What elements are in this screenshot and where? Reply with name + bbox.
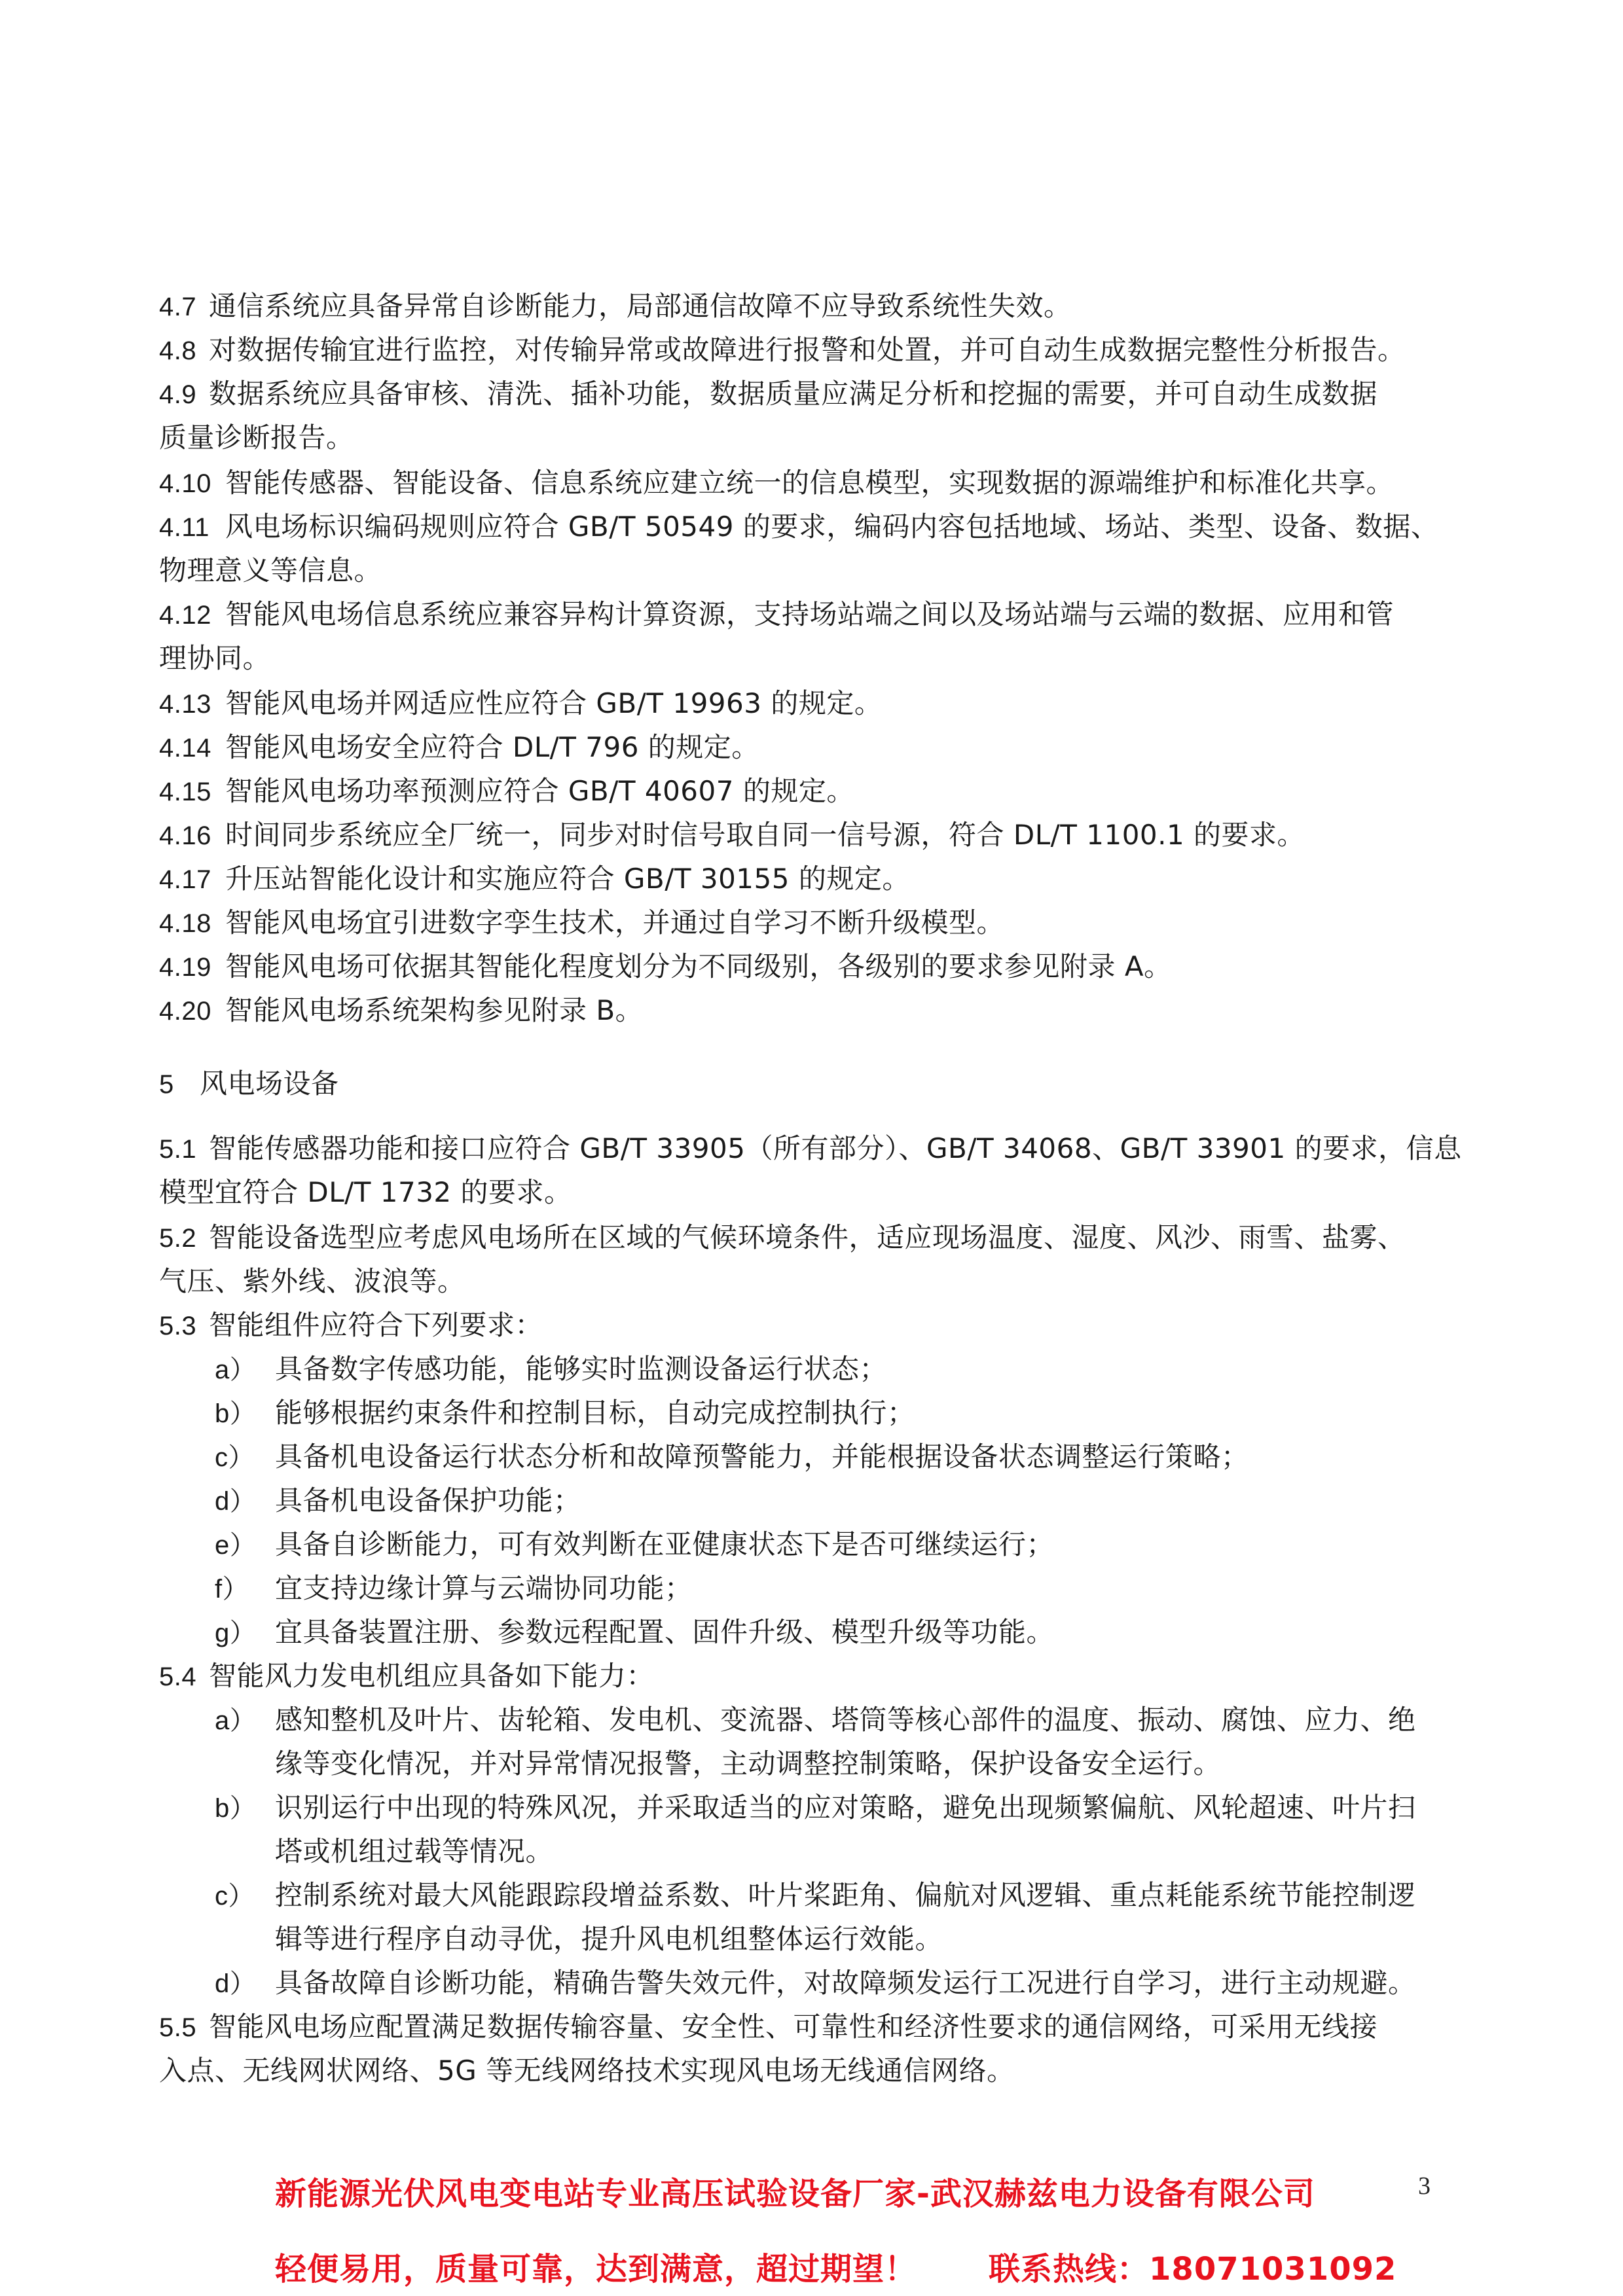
clause-5-5: 5.5智能风电场应配置满足数据传输容量、安全性、可靠性和经济性要求的通信网络，可… — [159, 2011, 1377, 2044]
clause-text: 对数据传输宜进行监控，对传输异常或故障进行报警和处置，并可自动生成数据完整性分析… — [209, 334, 1406, 366]
clause-5-1: 5.1智能传感器功能和接口应符合 GB/T 33905（所有部分）、GB/T 3… — [159, 1132, 1462, 1166]
clause-number: 4.17 — [159, 863, 225, 896]
clause-text: 智能风电场系统架构参见附录 B。 — [225, 994, 643, 1026]
list-label: d） — [215, 1967, 275, 2000]
list-item-5-3-c: c）具备机电设备运行状态分析和故障预警能力，并能根据设备状态调整运行策略； — [215, 1441, 1249, 1474]
list-text: 具备数字传感功能，能够实时监测设备运行状态； — [275, 1353, 887, 1385]
clause-text: 智能传感器、智能设备、信息系统应建立统一的信息模型，实现数据的源端维护和标准化共… — [225, 467, 1394, 499]
page-number: 3 — [1418, 2172, 1431, 2200]
clause-number: 4.8 — [159, 334, 209, 367]
clause-number: 4.12 — [159, 599, 225, 632]
clause-text: 智能风电场应配置满足数据传输容量、安全性、可靠性和经济性要求的通信网络，可采用无… — [209, 2011, 1377, 2043]
clause-text: 智能传感器功能和接口应符合 GB/T 33905（所有部分）、GB/T 3406… — [209, 1132, 1462, 1164]
clause-5-2-cont: 气压、紫外线、波浪等。 — [159, 1265, 465, 1298]
footer-slogan: 轻便易用，质量可靠，达到满意，超过期望！ — [275, 2251, 917, 2287]
clause-4-12-cont: 理协同。 — [159, 642, 270, 675]
clause-text: 升压站智能化设计和实施应符合 GB/T 30155 的规定。 — [225, 863, 910, 895]
list-text: 宜支持边缘计算与云端协同功能； — [275, 1572, 693, 1604]
clause-4-13: 4.13智能风电场并网适应性应符合 GB/T 19963 的规定。 — [159, 687, 882, 721]
clause-5-3: 5.3智能组件应符合下列要求： — [159, 1309, 543, 1342]
list-label: g） — [215, 1617, 275, 1649]
clause-text: 智能风电场宜引进数字孪生技术，并通过自学习不断升级模型。 — [225, 906, 1004, 939]
list-item-5-4-c: c）控制系统对最大风能跟踪段增益系数、叶片桨距角、偏航对风逻辑、重点耗能系统节能… — [215, 1879, 1416, 1912]
clause-4-16: 4.16时间同步系统应全厂统一，同步对时信号取自同一信号源，符合 DL/T 11… — [159, 819, 1305, 852]
clause-text: 智能设备选型应考虑风电场所在区域的气候环境条件，适应现场温度、湿度、风沙、雨雪、… — [209, 1221, 1406, 1253]
list-label: b） — [215, 1397, 275, 1430]
clause-text: 时间同步系统应全厂统一，同步对时信号取自同一信号源，符合 DL/T 1100.1… — [225, 819, 1305, 851]
clause-number: 4.11 — [159, 511, 225, 544]
list-label: c） — [215, 1880, 275, 1912]
list-text: 具备机电设备运行状态分析和故障预警能力，并能根据设备状态调整运行策略； — [275, 1441, 1249, 1473]
list-label: c） — [215, 1441, 275, 1474]
list-item-5-3-g: g）宜具备装置注册、参数远程配置、固件升级、模型升级等功能。 — [215, 1616, 1054, 1649]
list-text: 控制系统对最大风能跟踪段增益系数、叶片桨距角、偏航对风逻辑、重点耗能系统节能控制… — [275, 1879, 1416, 1911]
list-label: a） — [215, 1704, 275, 1737]
clause-4-9: 4.9数据系统应具备审核、清洗、插补功能，数据质量应满足分析和挖掘的需要，并可自… — [159, 378, 1377, 411]
list-text: 能够根据约束条件和控制目标，自动完成控制执行； — [275, 1397, 915, 1429]
clause-number: 5.1 — [159, 1133, 209, 1166]
clause-4-8: 4.8对数据传输宜进行监控，对传输异常或故障进行报警和处置，并可自动生成数据完整… — [159, 334, 1406, 367]
clause-text: 风电场标识编码规则应符合 GB/T 50549 的要求，编码内容包括地域、场站、… — [225, 511, 1438, 543]
clause-number: 4.20 — [159, 995, 225, 1028]
clause-text: 智能风力发电机组应具备如下能力： — [209, 1660, 654, 1692]
footer-company-line: 新能源光伏风电变电站专业高压试验设备厂家-武汉赫兹电力设备有限公司 — [275, 2174, 1315, 2214]
clause-number: 4.16 — [159, 819, 225, 852]
clause-number: 5.2 — [159, 1222, 209, 1255]
list-item-5-3-d: d）具备机电设备保护功能； — [215, 1484, 581, 1518]
list-item-5-4-a-cont: 缘等变化情况，并对异常情况报警，主动调整控制策略，保护设备安全运行。 — [275, 1748, 1221, 1780]
clause-4-10: 4.10智能传感器、智能设备、信息系统应建立统一的信息模型，实现数据的源端维护和… — [159, 467, 1394, 500]
list-text: 宜具备装置注册、参数远程配置、固件升级、模型升级等功能。 — [275, 1616, 1054, 1648]
clause-text: 智能风电场并网适应性应符合 GB/T 19963 的规定。 — [225, 687, 882, 719]
clause-number: 5.5 — [159, 2011, 209, 2044]
clause-text: 智能风电场功率预测应符合 GB/T 40607 的规定。 — [225, 775, 854, 807]
list-item-5-3-b: b）能够根据约束条件和控制目标，自动完成控制执行； — [215, 1397, 915, 1430]
clause-4-12: 4.12智能风电场信息系统应兼容异构计算资源，支持场站端之间以及场站端与云端的数… — [159, 598, 1394, 632]
clause-4-9-cont: 质量诊断报告。 — [159, 422, 354, 454]
clause-text: 通信系统应具备异常自诊断能力，局部通信故障不应导致系统性失效。 — [209, 290, 1072, 322]
list-label: e） — [215, 1529, 275, 1562]
list-text: 感知整机及叶片、齿轮箱、发电机、变流器、塔筒等核心部件的温度、振动、腐蚀、应力、… — [275, 1704, 1416, 1736]
list-label: a） — [215, 1354, 275, 1386]
clause-number: 4.9 — [159, 378, 209, 411]
list-text: 具备机电设备保护功能； — [275, 1484, 581, 1516]
clause-4-19: 4.19智能风电场可依据其智能化程度划分为不同级别，各级别的要求参见附录 A。 — [159, 950, 1172, 984]
clause-5-2: 5.2智能设备选型应考虑风电场所在区域的气候环境条件，适应现场温度、湿度、风沙、… — [159, 1221, 1406, 1255]
clause-4-18: 4.18智能风电场宜引进数字孪生技术，并通过自学习不断升级模型。 — [159, 906, 1004, 940]
clause-4-7: 4.7通信系统应具备异常自诊断能力，局部通信故障不应导致系统性失效。 — [159, 290, 1072, 323]
list-item-5-4-b-cont: 塔或机组过载等情况。 — [275, 1835, 553, 1868]
clause-number: 5.3 — [159, 1310, 209, 1342]
clause-5-1-cont: 模型宜符合 DL/T 1732 的要求。 — [159, 1176, 572, 1209]
clause-number: 4.14 — [159, 732, 225, 764]
list-item-5-3-e: e）具备自诊断能力，可有效判断在亚健康状态下是否可继续运行； — [215, 1528, 1054, 1562]
clause-number: 4.7 — [159, 291, 209, 323]
list-text: 具备自诊断能力，可有效判断在亚健康状态下是否可继续运行； — [275, 1528, 1054, 1560]
clause-text: 智能组件应符合下列要求： — [209, 1309, 543, 1341]
list-item-5-4-a: a）感知整机及叶片、齿轮箱、发电机、变流器、塔筒等核心部件的温度、振动、腐蚀、应… — [215, 1704, 1416, 1737]
clause-text: 数据系统应具备审核、清洗、插补功能，数据质量应满足分析和挖掘的需要，并可自动生成… — [209, 378, 1377, 410]
clause-4-15: 4.15智能风电场功率预测应符合 GB/T 40607 的规定。 — [159, 775, 854, 808]
list-label: b） — [215, 1792, 275, 1825]
footer-hotline: 联系热线：18071031092 — [989, 2251, 1396, 2287]
section-number: 5 — [159, 1068, 200, 1101]
clause-4-14: 4.14智能风电场安全应符合 DL/T 796 的规定。 — [159, 731, 759, 764]
clause-text: 智能风电场信息系统应兼容异构计算资源，支持场站端之间以及场站端与云端的数据、应用… — [225, 598, 1394, 630]
list-item-5-4-c-cont: 辑等进行程序自动寻优，提升风电机组整体运行效能。 — [275, 1923, 943, 1956]
clause-number: 5.4 — [159, 1660, 209, 1693]
list-text: 识别运行中出现的特殊风况，并采取适当的应对策略，避免出现频繁偏航、风轮超速、叶片… — [275, 1791, 1416, 1823]
clause-number: 4.19 — [159, 951, 225, 984]
clause-5-4: 5.4智能风力发电机组应具备如下能力： — [159, 1660, 654, 1693]
footer-slogan-line: 轻便易用，质量可靠，达到满意，超过期望！联系热线：18071031092 — [275, 2250, 1396, 2289]
clause-4-17: 4.17升压站智能化设计和实施应符合 GB/T 30155 的规定。 — [159, 863, 910, 896]
list-item-5-4-d: d）具备故障自诊断功能，精确告警失效元件，对故障频发运行工况进行自学习，进行主动… — [215, 1967, 1416, 2000]
list-label: f） — [215, 1573, 275, 1605]
clause-4-20: 4.20智能风电场系统架构参见附录 B。 — [159, 994, 643, 1028]
clause-4-11: 4.11风电场标识编码规则应符合 GB/T 50549 的要求，编码内容包括地域… — [159, 511, 1438, 544]
list-label: d） — [215, 1485, 275, 1518]
clause-number: 4.15 — [159, 776, 225, 808]
clause-number: 4.18 — [159, 907, 225, 940]
clause-number: 4.10 — [159, 467, 225, 500]
clause-4-11-cont: 物理意义等信息。 — [159, 554, 382, 587]
list-text: 具备故障自诊断功能，精确告警失效元件，对故障频发运行工况进行自学习，进行主动规避… — [275, 1967, 1416, 1999]
section-5-heading: 5风电场设备 — [159, 1067, 339, 1101]
list-item-5-3-a: a）具备数字传感功能，能够实时监测设备运行状态； — [215, 1353, 887, 1386]
section-title: 风电场设备 — [200, 1067, 339, 1100]
list-item-5-3-f: f）宜支持边缘计算与云端协同功能； — [215, 1572, 693, 1605]
clause-5-5-cont: 入点、无线网状网络、5G 等无线网络技术实现风电场无线通信网络。 — [159, 2054, 1015, 2087]
clause-text: 智能风电场可依据其智能化程度划分为不同级别，各级别的要求参见附录 A。 — [225, 950, 1172, 982]
clause-text: 智能风电场安全应符合 DL/T 796 的规定。 — [225, 731, 759, 763]
list-item-5-4-b: b）识别运行中出现的特殊风况，并采取适当的应对策略，避免出现频繁偏航、风轮超速、… — [215, 1791, 1416, 1825]
clause-number: 4.13 — [159, 688, 225, 721]
